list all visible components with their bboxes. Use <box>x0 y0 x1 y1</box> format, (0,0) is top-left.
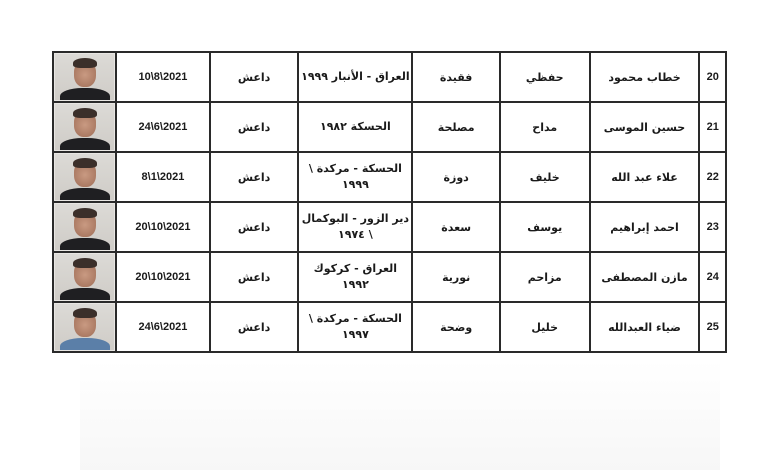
person-photo <box>55 304 114 350</box>
photo-cell <box>53 302 116 352</box>
row-number-cell: 24 <box>699 252 726 302</box>
date-cell: 8\1\2021 <box>116 152 210 202</box>
mother-name-cell: دوزة <box>412 152 500 202</box>
row-number-cell: 23 <box>699 202 726 252</box>
father-name-cell: مزاحم <box>500 252 590 302</box>
father-name-cell: مداح <box>500 102 590 152</box>
row-number-cell: 21 <box>699 102 726 152</box>
row-number-cell: 25 <box>699 302 726 352</box>
birthplace-cell: العراق - الأنبار ١٩٩٩ <box>298 52 412 102</box>
father-name-cell: خليف <box>500 152 590 202</box>
row-number-cell: 22 <box>699 152 726 202</box>
person-photo <box>55 204 114 250</box>
table-row: 20\10\2021 داعش العراق - كركوك ١٩٩٢ نوري… <box>53 252 726 302</box>
table-row: 24\6\2021 داعش الحسكة - مركدة \ ١٩٩٧ وضح… <box>53 302 726 352</box>
row-number-cell: 20 <box>699 52 726 102</box>
organization-cell: داعش <box>210 302 299 352</box>
date-cell: 20\10\2021 <box>116 202 210 252</box>
mother-name-cell: مصلحة <box>412 102 500 152</box>
name-cell: احمد إبراهيم <box>590 202 700 252</box>
mother-name-cell: نورية <box>412 252 500 302</box>
table-row: 20\10\2021 داعش دير الزور - البوكمال \ ١… <box>53 202 726 252</box>
organization-cell: داعش <box>210 52 299 102</box>
table-row: 10\8\2021 داعش العراق - الأنبار ١٩٩٩ فقي… <box>53 52 726 102</box>
detainee-table: 10\8\2021 داعش العراق - الأنبار ١٩٩٩ فقي… <box>52 51 727 353</box>
name-cell: مازن المصطفى <box>590 252 700 302</box>
table-row: 24\6\2021 داعش الحسكة ١٩٨٢ مصلحة مداح حس… <box>53 102 726 152</box>
organization-cell: داعش <box>210 202 299 252</box>
photo-cell <box>53 152 116 202</box>
birthplace-cell: دير الزور - البوكمال \ ١٩٧٤ <box>298 202 412 252</box>
photo-cell <box>53 202 116 252</box>
person-photo <box>55 104 114 150</box>
name-cell: علاء عبد الله <box>590 152 700 202</box>
birthplace-cell: الحسكة - مركدة \ ١٩٩٧ <box>298 302 412 352</box>
name-cell: حسين الموسى <box>590 102 700 152</box>
person-photo <box>55 54 114 100</box>
date-cell: 24\6\2021 <box>116 302 210 352</box>
birthplace-cell: الحسكة ١٩٨٢ <box>298 102 412 152</box>
date-cell: 24\6\2021 <box>116 102 210 152</box>
mother-name-cell: سعدة <box>412 202 500 252</box>
photo-cell <box>53 102 116 152</box>
date-cell: 10\8\2021 <box>116 52 210 102</box>
mother-name-cell: وضحة <box>412 302 500 352</box>
father-name-cell: خليل <box>500 302 590 352</box>
mother-name-cell: فقيدة <box>412 52 500 102</box>
organization-cell: داعش <box>210 102 299 152</box>
table-row: 8\1\2021 داعش الحسكة - مركدة \ ١٩٩٩ دوزة… <box>53 152 726 202</box>
person-photo <box>55 154 114 200</box>
organization-cell: داعش <box>210 152 299 202</box>
person-photo <box>55 254 114 300</box>
date-cell: 20\10\2021 <box>116 252 210 302</box>
name-cell: ضياء العبدالله <box>590 302 700 352</box>
page-background <box>80 360 720 470</box>
birthplace-cell: الحسكة - مركدة \ ١٩٩٩ <box>298 152 412 202</box>
organization-cell: داعش <box>210 252 299 302</box>
photo-cell <box>53 252 116 302</box>
father-name-cell: حفظي <box>500 52 590 102</box>
birthplace-cell: العراق - كركوك ١٩٩٢ <box>298 252 412 302</box>
photo-cell <box>53 52 116 102</box>
name-cell: خطاب محمود <box>590 52 700 102</box>
father-name-cell: يوسف <box>500 202 590 252</box>
